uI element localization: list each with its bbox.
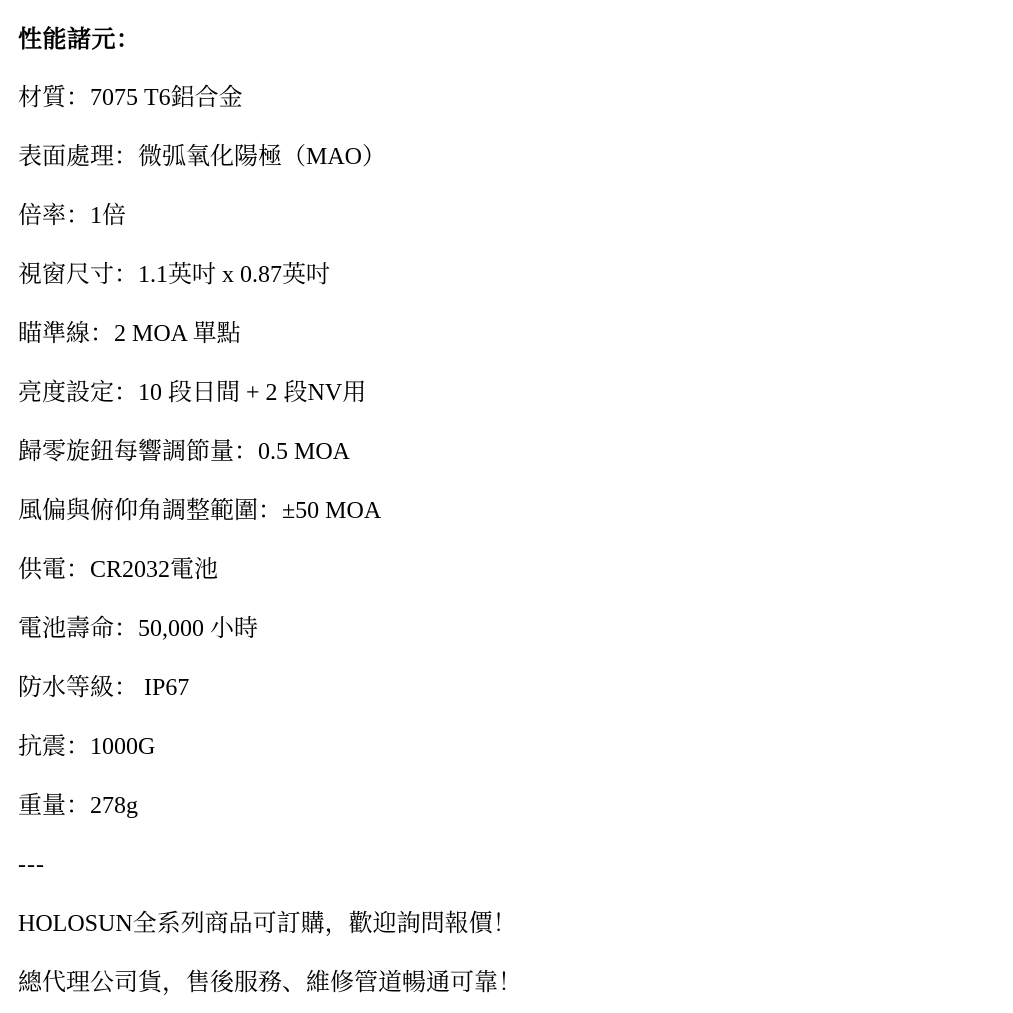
spec-line-reticle: 瞄準線：2 MOA 單點 <box>18 322 989 347</box>
spec-line-power-source: 供電：CR2032電池 <box>18 558 989 583</box>
footer-line-service: 總代理公司貨，售後服務、維修管道暢通可靠！ <box>18 971 989 996</box>
spec-line-window-size: 視窗尺寸：1.1英吋 x 0.87英吋 <box>18 263 989 288</box>
spec-line-zero-click-adjustment: 歸零旋鈕每響調節量：0.5 MOA <box>18 440 989 465</box>
spec-line-brightness-settings: 亮度設定：10 段日間 + 2 段NV用 <box>18 381 989 406</box>
spec-line-windage-elevation-range: 風偏與俯仰角調整範圍：±50 MOA <box>18 499 989 524</box>
spec-heading: 性能諸元： <box>18 27 989 52</box>
spec-line-weight: 重量：278g <box>18 794 989 819</box>
divider-line: --- <box>18 853 989 878</box>
spec-line-waterproof-rating: 防水等級： IP67 <box>18 676 989 701</box>
spec-line-shock-resistance: 抗震：1000G <box>18 735 989 760</box>
spec-line-magnification: 倍率：1倍 <box>18 204 989 229</box>
spec-line-battery-life: 電池壽命：50,000 小時 <box>18 617 989 642</box>
product-spec-document: 性能諸元： 材質：7075 T6鋁合金 表面處理：微弧氧化陽極（MAO） 倍率：… <box>0 0 1013 996</box>
spec-line-material: 材質：7075 T6鋁合金 <box>18 86 989 111</box>
footer-line-ordering: HOLOSUN全系列商品可訂購，歡迎詢問報價！ <box>18 912 989 937</box>
spec-line-surface-finish: 表面處理：微弧氧化陽極（MAO） <box>18 145 989 170</box>
